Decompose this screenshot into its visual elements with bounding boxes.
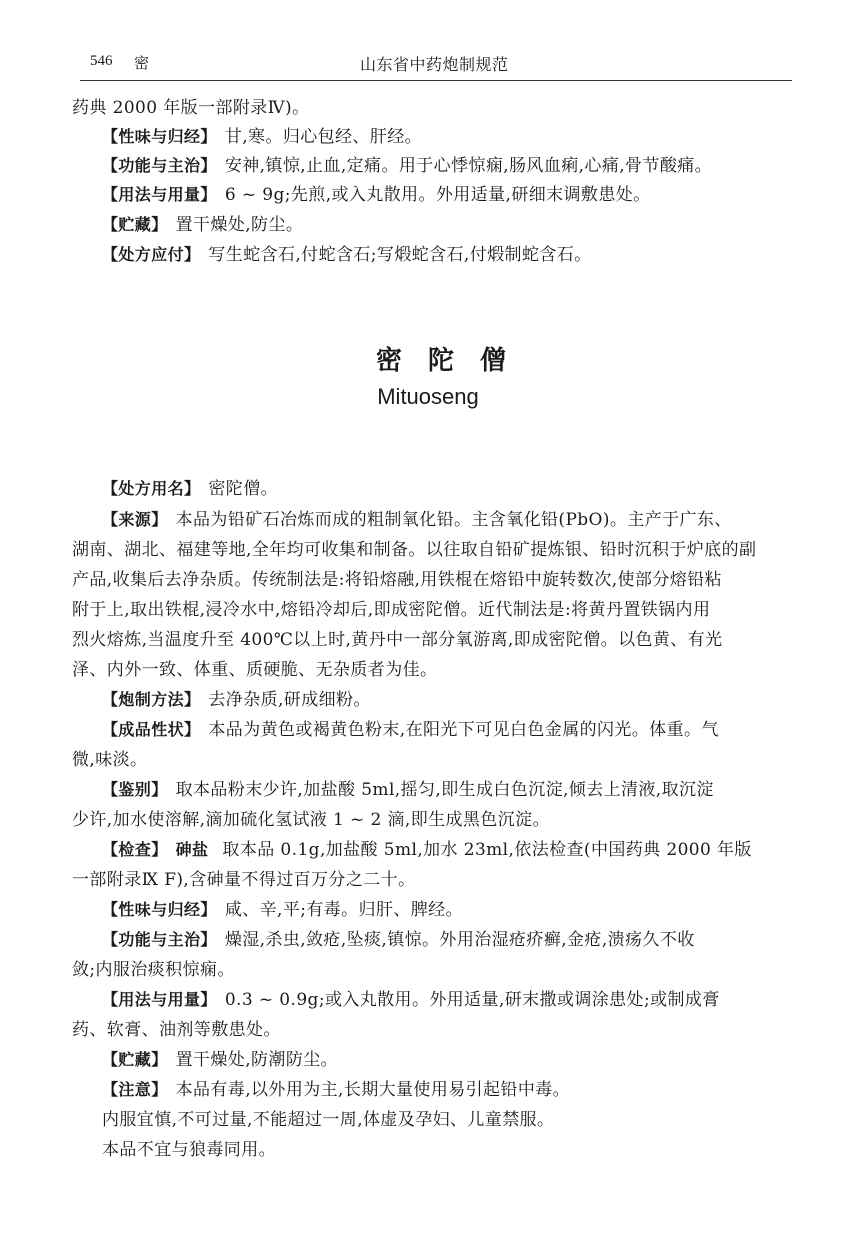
section-text: 咸、辛,平;有毒。归肝、脾经。 xyxy=(225,900,463,920)
caution-line: 内服宜慎,不可过量,不能超过一周,体虚及孕妇、儿童禁服。 xyxy=(102,1109,554,1131)
prev-section-function: 【功能与主治】安神,镇惊,止血,定痛。用于心悸惊痫,肠风血痢,心痛,骨节酸痛。 xyxy=(102,155,712,177)
section-prescription-name: 【处方用名】密陀僧。 xyxy=(102,478,278,500)
section-function: 【功能与主治】燥湿,杀虫,敛疮,坠痰,镇惊。外用治湿疮疥癣,金疮,溃疡久不收 xyxy=(102,929,695,951)
section-identification: 【鉴别】取本品粉末少许,加盐酸 5ml,摇匀,即生成白色沉淀,倾去上清液,取沉淀 xyxy=(102,779,714,801)
book-title: 山东省中药炮制规范 xyxy=(360,52,509,75)
source-line: 湖南、湖北、福建等地,全年均可收集和制备。以往取自铅矿提炼银、铅时沉积于炉底的副 xyxy=(72,539,756,561)
section-text: 0.3 ~ 0.9g;或入丸散用。外用适量,研末撒或调涂患处;或制成膏 xyxy=(225,990,720,1010)
section-label: 【注意】 xyxy=(102,1080,168,1099)
section-label: 【处方用名】 xyxy=(102,479,200,498)
caution-line: 本品不宜与狼毒同用。 xyxy=(102,1139,276,1161)
section-label: 【功能与主治】 xyxy=(102,156,217,175)
section-text: 本品为黄色或褐黄色粉末,在阳光下可见白色金属的闪光。体重。气 xyxy=(208,720,718,740)
inspection-line: 一部附录Ⅸ F),含砷量不得过百万分之二十。 xyxy=(72,869,415,891)
section-processing: 【炮制方法】去净杂质,研成细粉。 xyxy=(102,689,371,711)
inspection-subhead: 砷盐 xyxy=(176,840,209,859)
source-line: 产品,收集后去净杂质。传统制法是:将铅熔融,用铁棍在熔铅中旋转数次,使部分熔铅粘 xyxy=(72,569,722,591)
prev-section-prescription: 【处方应付】写生蛇含石,付蛇含石;写煅蛇含石,付煅制蛇含石。 xyxy=(102,244,592,266)
section-character: 密 xyxy=(134,52,149,73)
section-text: 密陀僧。 xyxy=(208,479,278,499)
section-product: 【成品性状】本品为黄色或褐黄色粉末,在阳光下可见白色金属的闪光。体重。气 xyxy=(102,719,719,741)
document-page: 546 密 山东省中药炮制规范 药典 2000 年版一部附录Ⅳ)。 【性味与归经… xyxy=(0,0,856,1239)
entry-pinyin: Mituoseng xyxy=(0,384,856,410)
section-caution: 【注意】本品有毒,以外用为主,长期大量使用易引起铅中毒。 xyxy=(102,1079,570,1101)
identification-line: 少许,加水使溶解,滴加硫化氢试液 1 ~ 2 滴,即生成黑色沉淀。 xyxy=(72,809,550,831)
source-line: 附于上,取出铁棍,浸冷水中,熔铅冷却后,即成密陀僧。近代制法是:将黄丹置铁锅内用 xyxy=(72,599,710,621)
continuation-text: 药典 2000 年版一部附录Ⅳ)。 xyxy=(72,97,310,119)
section-label: 【来源】 xyxy=(102,510,168,529)
source-line: 烈火熔炼,当温度升至 400℃以上时,黄丹中一部分氧游离,即成密陀僧。以色黄、有… xyxy=(72,629,722,651)
section-text: 取本品粉末少许,加盐酸 5ml,摇匀,即生成白色沉淀,倾去上清液,取沉淀 xyxy=(176,780,714,800)
header-rule xyxy=(80,80,792,81)
section-text: 本品为铅矿石冶炼而成的粗制氧化铅。主含氧化铅(PbO)。主产于广东、 xyxy=(176,510,732,530)
entry-title: 密陀僧 xyxy=(0,340,856,377)
section-label: 【贮藏】 xyxy=(102,215,168,234)
section-text: 燥湿,杀虫,敛疮,坠痰,镇惊。外用治湿疮疥癣,金疮,溃疡久不收 xyxy=(225,930,695,950)
product-line: 微,味淡。 xyxy=(72,749,147,771)
section-label: 【用法与用量】 xyxy=(102,185,217,204)
dosage-line: 药、软膏、油剂等敷患处。 xyxy=(72,1019,281,1041)
section-text: 甘,寒。归心包经、肝经。 xyxy=(225,127,422,147)
section-label: 【性味与归经】 xyxy=(102,900,217,919)
section-label: 【性味与归经】 xyxy=(102,127,217,146)
source-line: 泽、内外一致、体重、质硬脆、无杂质者为佳。 xyxy=(72,659,437,681)
section-label: 【检查】 xyxy=(102,840,168,859)
section-label: 【鉴别】 xyxy=(102,780,168,799)
prev-section-nature: 【性味与归经】甘,寒。归心包经、肝经。 xyxy=(102,126,422,148)
prev-section-dosage: 【用法与用量】6 ~ 9g;先煎,或入丸散用。外用适量,研细末调敷患处。 xyxy=(102,184,651,206)
section-text: 写生蛇含石,付蛇含石;写煅蛇含石,付煅制蛇含石。 xyxy=(208,245,591,265)
section-text: 置干燥处,防尘。 xyxy=(176,215,304,235)
section-text: 6 ~ 9g;先煎,或入丸散用。外用适量,研细末调敷患处。 xyxy=(225,185,651,205)
running-header: 546 密 山东省中药炮制规范 xyxy=(80,48,792,78)
section-text: 取本品 0.1g,加盐酸 5ml,加水 23ml,依法检查(中国药典 2000 … xyxy=(222,840,751,860)
section-text: 去净杂质,研成细粉。 xyxy=(208,690,370,710)
section-nature: 【性味与归经】咸、辛,平;有毒。归肝、脾经。 xyxy=(102,899,463,921)
section-dosage: 【用法与用量】0.3 ~ 0.9g;或入丸散用。外用适量,研末撒或调涂患处;或制… xyxy=(102,989,720,1011)
section-text: 安神,镇惊,止血,定痛。用于心悸惊痫,肠风血痢,心痛,骨节酸痛。 xyxy=(225,156,712,176)
section-label: 【成品性状】 xyxy=(102,720,200,739)
function-line: 敛;内服治痰积惊痫。 xyxy=(72,959,235,981)
section-label: 【用法与用量】 xyxy=(102,990,217,1009)
section-label: 【贮藏】 xyxy=(102,1050,168,1069)
section-storage: 【贮藏】置干燥处,防潮防尘。 xyxy=(102,1049,338,1071)
prev-section-storage: 【贮藏】置干燥处,防尘。 xyxy=(102,214,303,236)
section-text: 本品有毒,以外用为主,长期大量使用易引起铅中毒。 xyxy=(176,1080,570,1100)
section-source: 【来源】本品为铅矿石冶炼而成的粗制氧化铅。主含氧化铅(PbO)。主产于广东、 xyxy=(102,509,732,531)
section-text: 置干燥处,防潮防尘。 xyxy=(176,1050,338,1070)
section-inspection: 【检查】砷盐取本品 0.1g,加盐酸 5ml,加水 23ml,依法检查(中国药典… xyxy=(102,839,752,861)
section-label: 【功能与主治】 xyxy=(102,930,217,949)
page-number: 546 xyxy=(90,53,113,70)
section-label: 【处方应付】 xyxy=(102,245,200,264)
section-label: 【炮制方法】 xyxy=(102,690,200,709)
